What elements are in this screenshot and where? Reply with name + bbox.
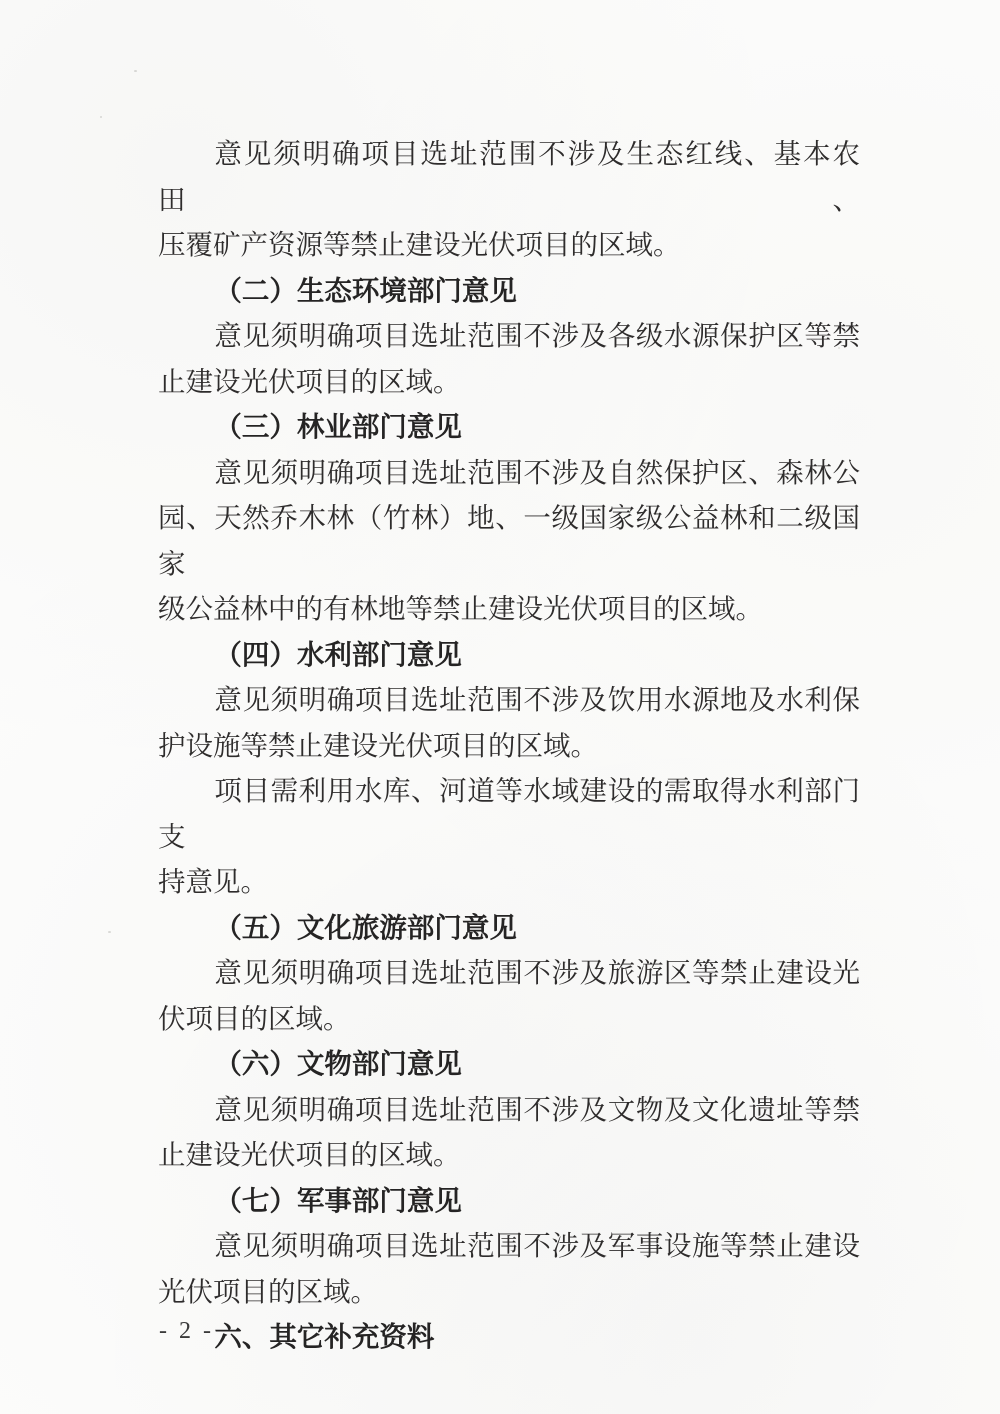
body-line: 光伏项目的区域。 [158, 1269, 860, 1315]
body-line: 止建设光伏项目的区域。 [158, 1132, 860, 1178]
body-line: 意见须明确项目选址范围不涉及饮用水源地及水利保 [158, 677, 860, 723]
heading-military-dept: （七）军事部门意见 [158, 1178, 860, 1224]
heading-culture-tourism-dept: （五）文化旅游部门意见 [158, 905, 860, 951]
document-body: 意见须明确项目选址范围不涉及生态红线、基本农田、 压覆矿产资源等禁止建设光伏项目… [158, 131, 860, 1360]
body-line: 止建设光伏项目的区域。 [158, 359, 860, 405]
heading-other-supplementary-materials: 六、其它补充资料 [158, 1314, 860, 1360]
body-line: 园、天然乔木林（竹林）地、一级国家级公益林和二级国家 [158, 495, 860, 586]
heading-ecology-environment-dept: （二）生态环境部门意见 [158, 268, 860, 314]
scan-speck [108, 931, 111, 933]
heading-cultural-relics-dept: （六）文物部门意见 [158, 1041, 860, 1087]
body-line: 持意见。 [158, 859, 860, 905]
body-line: 项目需利用水库、河道等水域建设的需取得水利部门支 [158, 768, 860, 859]
body-line: 护设施等禁止建设光伏项目的区域。 [158, 723, 860, 769]
body-line: 意见须明确项目选址范围不涉及军事设施等禁止建设 [158, 1223, 860, 1269]
body-line: 意见须明确项目选址范围不涉及各级水源保护区等禁 [158, 313, 860, 359]
body-line: 意见须明确项目选址范围不涉及自然保护区、森林公 [158, 450, 860, 496]
body-line: 意见须明确项目选址范围不涉及文物及文化遗址等禁 [158, 1087, 860, 1133]
scan-speck [100, 116, 102, 118]
page-number: - 2 - [159, 1318, 214, 1345]
body-line: 意见须明确项目选址范围不涉及生态红线、基本农田、 [158, 131, 860, 222]
body-line: 级公益林中的有林地等禁止建设光伏项目的区域。 [158, 586, 860, 632]
body-line: 伏项目的区域。 [158, 996, 860, 1042]
heading-water-resources-dept: （四）水利部门意见 [158, 632, 860, 678]
body-line: 意见须明确项目选址范围不涉及旅游区等禁止建设光 [158, 950, 860, 996]
heading-forestry-dept: （三）林业部门意见 [158, 404, 860, 450]
body-line: 压覆矿产资源等禁止建设光伏项目的区域。 [158, 222, 860, 268]
scan-speck [134, 70, 137, 72]
